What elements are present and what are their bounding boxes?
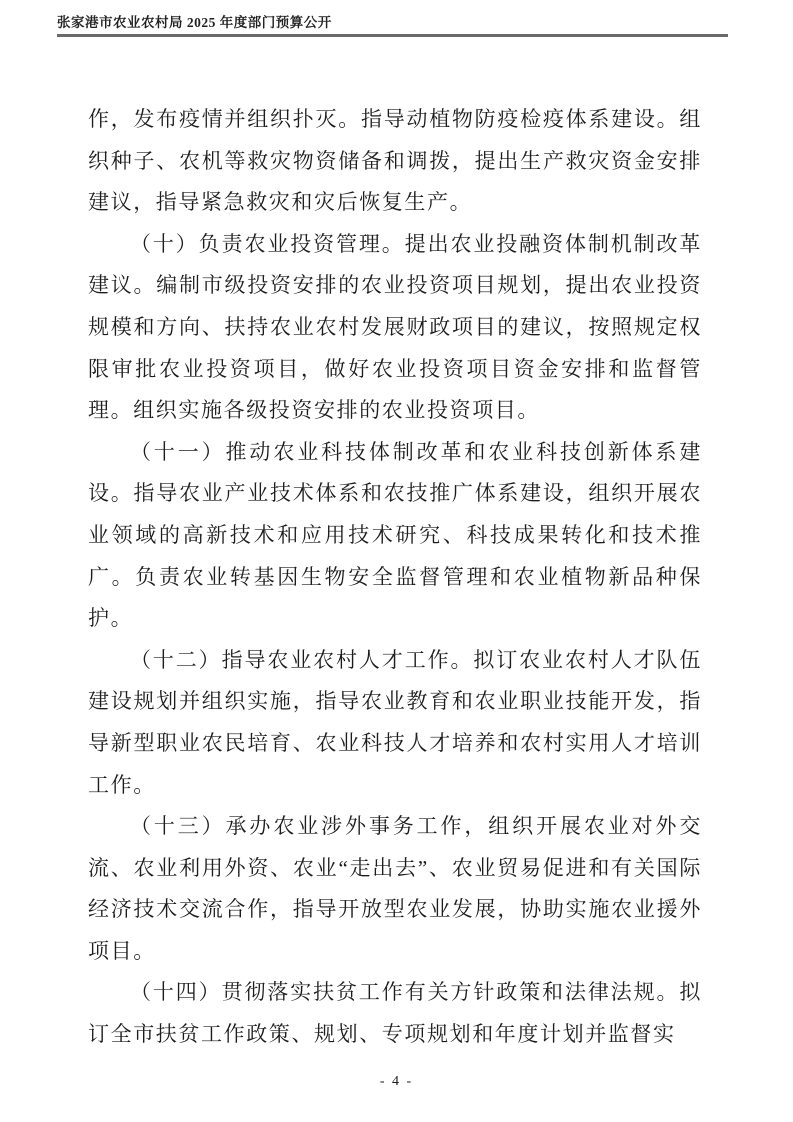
paragraph-item-11: （十一）推动农业科技体制改革和农业科技创新体系建设。指导农业产业技术体系和农技推… [88,432,702,640]
paragraph-item-10: （十）负责农业投资管理。提出农业投融资体制机制改革建议。编制市级投资安排的农业投… [88,224,702,432]
paragraph-item-12: （十二）指导农业农村人才工作。拟订农业农村人才队伍建设规划并组织实施，指导农业教… [88,640,702,806]
page-header: 张家港市农业农村局 2025 年度部门预算公开 [57,11,728,37]
paragraph-continued: 作，发布疫情并组织扑灭。指导动植物防疫检疫体系建设。组织种子、农机等救灾物资储备… [88,99,702,224]
page-number: - 4 - [380,1074,413,1089]
document-page: 张家港市农业农村局 2025 年度部门预算公开 作，发布疫情并组织扑灭。指导动植… [0,0,793,1122]
document-body: 作，发布疫情并组织扑灭。指导动植物防疫检疫体系建设。组织种子、农机等救灾物资储备… [88,99,702,1056]
paragraph-item-13: （十三）承办农业涉外事务工作，组织开展农业对外交流、农业利用外资、农业“走出去”… [88,806,702,972]
page-footer: - 4 - [0,1074,793,1090]
paragraph-item-14: （十四）贯彻落实扶贫工作有关方针政策和法律法规。拟订全市扶贫工作政策、规划、专项… [88,972,702,1055]
header-title: 张家港市农业农村局 2025 年度部门预算公开 [57,11,728,31]
